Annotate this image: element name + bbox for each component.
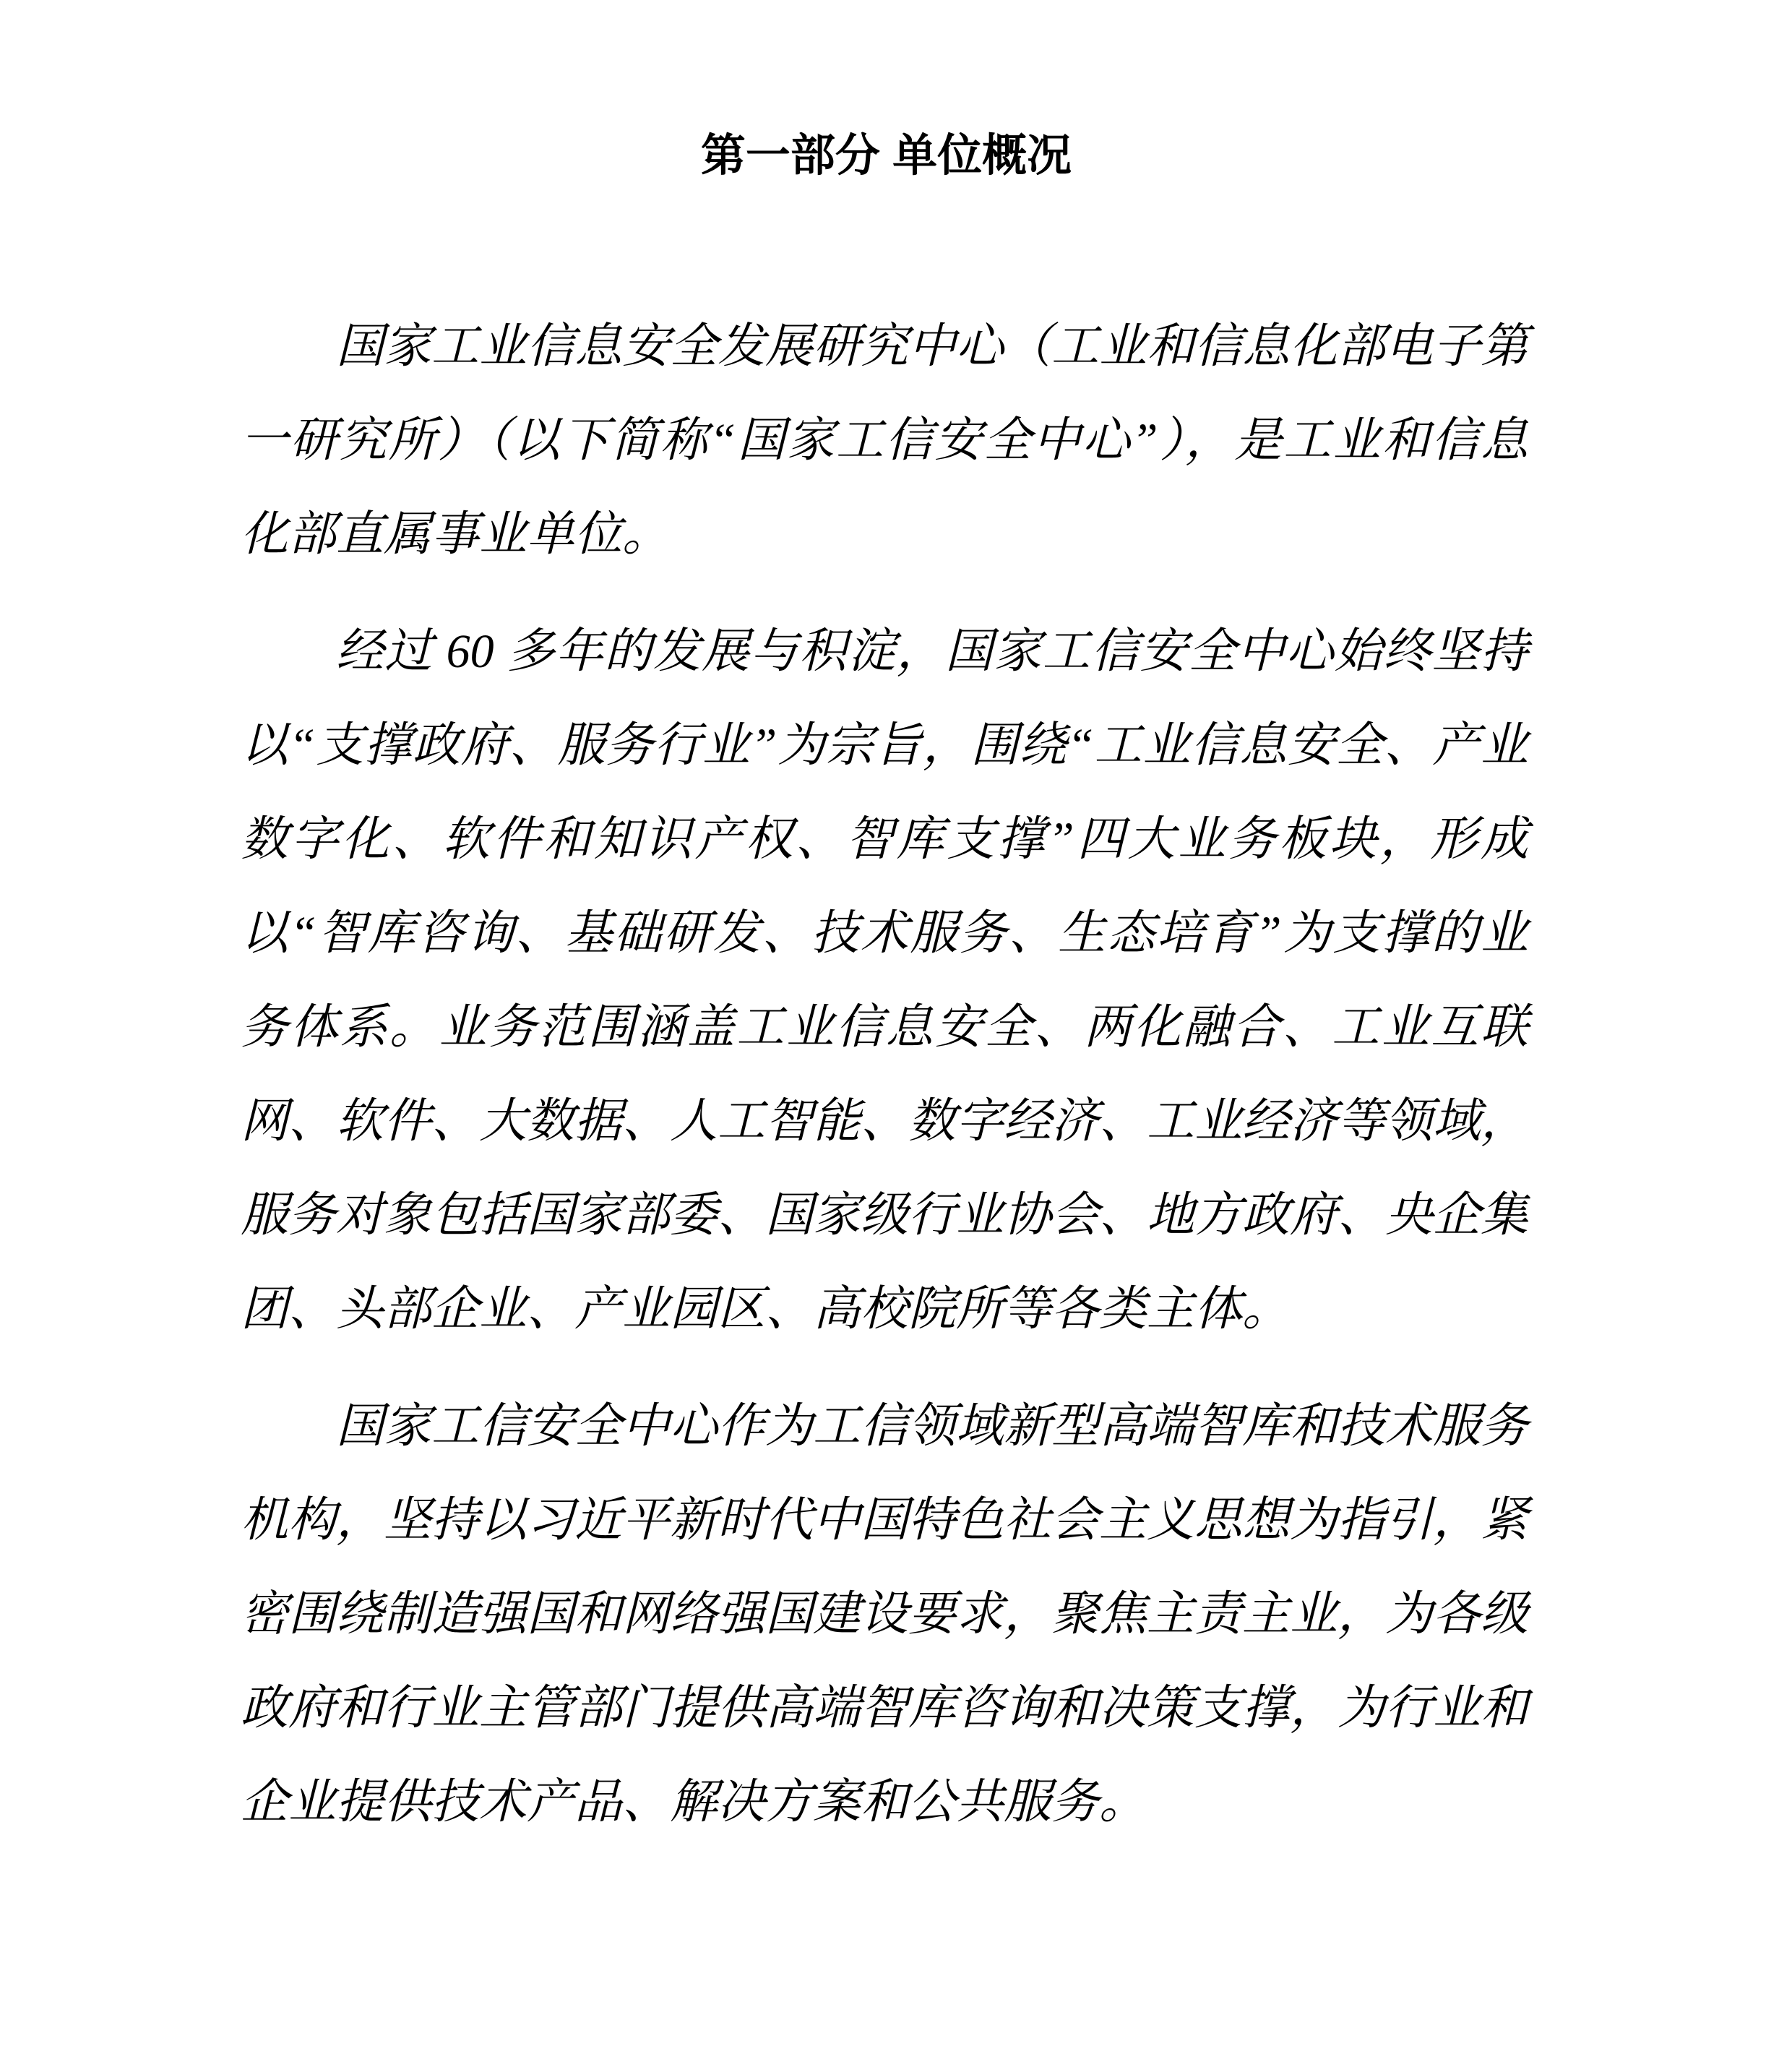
paragraph-business-scope: 经过 60 多年的发展与积淀，国家工信安全中心始终坚持以“支撑政府、服务行业”为…: [241, 605, 1528, 1357]
paragraph-mission: 国家工信安全中心作为工信领域新型高端智库和技术服务机构，坚持以习近平新时代中国特…: [241, 1380, 1528, 1850]
document-page: 第一部分 单位概况 国家工业信息安全发展研究中心（工业和信息化部电子第一研究所）…: [0, 0, 1792, 2049]
section-title: 第一部分 单位概况: [241, 134, 1532, 178]
paragraph-unit-intro: 国家工业信息安全发展研究中心（工业和信息化部电子第一研究所）（以下简称“国家工信…: [241, 300, 1528, 582]
